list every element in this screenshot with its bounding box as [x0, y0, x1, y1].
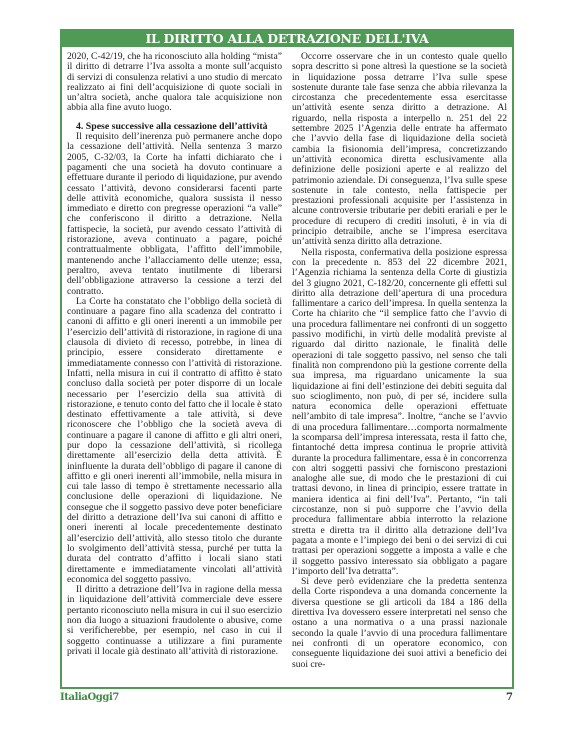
article-columns: 2020, C-42/19, che ha riconosciuto alla … [67, 52, 507, 685]
paragraph: Nella risposta, confermativa della posiz… [292, 248, 507, 578]
paragraph: Si deve però evidenziare che la predetta… [292, 577, 507, 670]
paragraph: Il diritto a detrazione dell’Iva in ragi… [67, 585, 282, 657]
paragraph: Occorre osservare che in un contesto qua… [292, 52, 507, 248]
page-number: 7 [506, 692, 513, 703]
box-title: IL DIRITTO ALLA DETRAZIONE DELL'IVA [62, 31, 512, 47]
article-box: IL DIRITTO ALLA DETRAZIONE DELL'IVA 2020… [60, 29, 514, 689]
paragraph: 2020, C-42/19, che ha riconosciuto alla … [67, 52, 282, 114]
paragraph: La Corte ha constatato che l’obbligo del… [67, 297, 282, 585]
publication-logo: ItaliaOggi7 [60, 692, 119, 703]
right-column: Occorre osservare che in un contesto qua… [292, 52, 507, 685]
paragraph: Il requisito dell’inerenza può permanere… [67, 132, 282, 297]
left-column: 2020, C-42/19, che ha riconosciuto alla … [67, 52, 282, 685]
